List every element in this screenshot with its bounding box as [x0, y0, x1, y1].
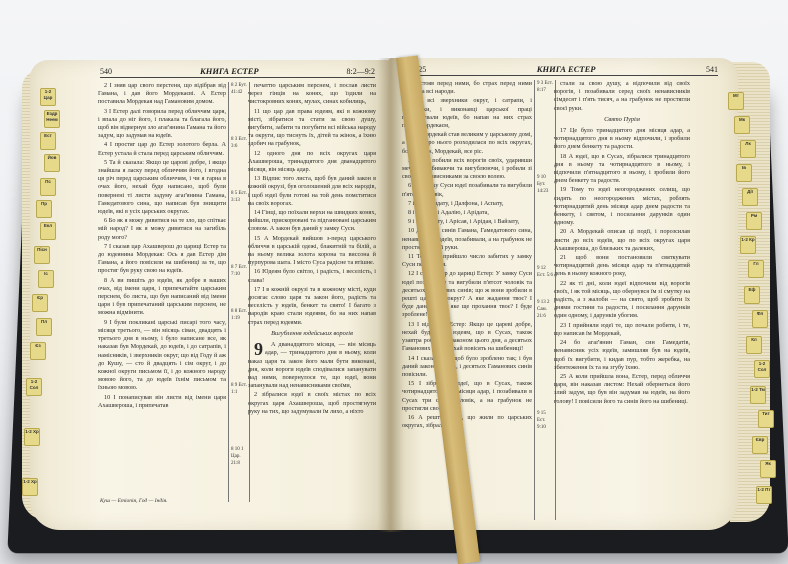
thumb-tab[interactable]: Фл — [752, 310, 768, 328]
thumb-tab[interactable]: Рм — [746, 212, 762, 230]
verse: А дванадцятого місяця, — він місяць адар… — [248, 341, 376, 389]
verse: 2 зібралися юдеї в своїх містах по всіх … — [248, 391, 376, 416]
thumb-tab[interactable]: 1-2 Хр — [24, 428, 40, 446]
thumb-tab[interactable]: Мк — [734, 116, 750, 134]
thumb-tab[interactable]: Дії — [742, 188, 758, 206]
cross-reference: 9 3 Ест. 8:17 — [537, 80, 553, 94]
thumb-tab[interactable]: Пр — [36, 200, 52, 218]
chapter-number: 9 — [248, 341, 263, 357]
verse: 12 одного дня по всіх округах царя Ахашв… — [248, 150, 376, 175]
thumb-tab[interactable]: Лк — [740, 140, 756, 158]
verse: 16 А решта юдеїв, що жили по царських ок… — [402, 414, 532, 430]
verse: 21 щоб вони постановили святкувати чотир… — [554, 254, 690, 279]
thumb-tab[interactable]: Єр — [32, 294, 48, 312]
thumb-tab[interactable]: Як — [760, 460, 776, 478]
book-gutter — [378, 58, 404, 532]
thumb-tab[interactable]: Євр — [752, 436, 768, 454]
verse: 23 І прийняли юдеї те, що почали робити,… — [554, 322, 690, 338]
verse: 4 І простяг цар до Естер золотого берла.… — [98, 141, 226, 157]
cross-reference: 8 3 Ест. 3:6 — [231, 136, 247, 150]
left-cross-references: 8 2 Бут. 41:42 8 3 Ест. 3:6 8 5 Ест. 3:1… — [228, 82, 250, 502]
verse: 18 А юдеї, що в Сусах, зібралися тринадц… — [554, 153, 690, 186]
verse: 14 Гінці, що поїхали верхи на швидких ко… — [248, 209, 376, 234]
right-column-2: стали за свою душу, а відпочили від свої… — [554, 80, 690, 520]
verse: 25 А коли прийшла вона, Естер, перед обл… — [554, 373, 690, 406]
verse: 2 І зняв цар свого перстеня, що відібрав… — [98, 82, 226, 107]
thumb-tab[interactable]: 1-2 Цар — [40, 88, 56, 106]
thumb-tab[interactable]: 1-2 Тм — [750, 386, 766, 404]
right-page-header: 9:3—25 КНИГА ЕСТЕР 541 — [400, 64, 718, 76]
verse: 3 І Естер далі говорила перед обличчям ц… — [98, 108, 226, 141]
thumb-tab[interactable]: Йов — [44, 154, 60, 172]
thumb-tab[interactable]: 1-2 Сол — [754, 360, 770, 378]
thumb-tab[interactable]: Ест — [40, 132, 56, 150]
thumb-tab[interactable]: Гл — [748, 260, 764, 278]
thumb-tab[interactable]: Еф — [744, 286, 760, 304]
thumb-tab[interactable]: Тит — [758, 410, 774, 428]
thumb-tab[interactable]: Пл — [36, 318, 52, 336]
verse: 13 І відповіла Естер: Якщо це цареві доб… — [402, 321, 532, 354]
thumb-tab[interactable]: Єз — [30, 342, 46, 360]
right-cross-references: 9 3 Ест. 8:17 9 10 Бут. 14:23 9 12 Ест. … — [534, 80, 556, 520]
cross-reference: 8 9 Ест. 1:1 — [231, 382, 247, 396]
cross-reference: 8 5 Ест. 3:13 — [231, 190, 247, 204]
verse: 6 Бо як я можу дивитися на те зло, що сп… — [98, 217, 226, 242]
verse: 19 Тому то юдеї неогороджених селищ, що … — [554, 186, 690, 227]
page-number: 540 — [100, 67, 112, 76]
cross-reference: 8 2 Бут. 41:42 — [231, 82, 247, 96]
thumb-tab[interactable]: Екл — [40, 222, 56, 240]
verse: стали за свою душу, а відпочили від свої… — [554, 80, 690, 113]
verse: 16 Юдеям було світло, і радість, і весел… — [248, 268, 376, 284]
page-number: 541 — [706, 65, 718, 74]
verse: 22 як ті дні, коли юдеї відпочили від во… — [554, 280, 690, 321]
cross-reference: 8 7 Ест. 7:10 — [231, 264, 247, 278]
chapter-range: 8:2—9:2 — [347, 67, 375, 76]
thumb-tab[interactable]: Мт — [728, 92, 744, 110]
verse: 15 А Мордекай вийшов з-перед царського о… — [248, 235, 376, 268]
cross-reference: 9 10 Бут. 14:23 — [537, 174, 553, 195]
left-page-header: 540 КНИГА ЕСТЕР 8:2—9:2 — [100, 66, 375, 78]
section-heading: Свято Пурім — [554, 116, 690, 124]
left-page: 540 КНИГА ЕСТЕР 8:2—9:2 2 І зняв цар сво… — [30, 60, 390, 530]
verse: 17 Це було тринадцятого дня місяця адар,… — [554, 127, 690, 152]
verse: 13 Відпис того листа, щоб був даний зако… — [248, 175, 376, 208]
thumb-tab[interactable]: Іс — [38, 270, 54, 288]
cross-reference: 9 15 Ест. 9:10 — [537, 410, 553, 431]
verse: 14 І сказав цар, щоб було зроблено так; … — [402, 355, 532, 380]
left-column-1: 2 І зняв цар свого перстеня, що відібрав… — [98, 82, 226, 502]
footnote: Куш — Етіопія, Год — Індія. — [100, 498, 168, 504]
verse: 7 І сказав цар Ахашверош до цариці Естер… — [98, 243, 226, 276]
thumb-tab[interactable]: Пісн — [34, 246, 50, 264]
cross-reference: 9 13 2 Сам. 21:6 — [537, 299, 553, 320]
thumb-tab[interactable]: Ів — [736, 164, 752, 182]
verse: 17 І в кожній окрузі та в кожному місті,… — [248, 286, 376, 327]
left-column-2: печаттю царським перснем, і послав листи… — [248, 82, 376, 502]
verse: 10 І понаписував він листи від імени цар… — [98, 394, 226, 410]
cross-reference: 9 12 Ест. 5:6 — [537, 265, 553, 279]
thumb-tab[interactable]: Кл — [746, 336, 762, 354]
verse: 15 І зібралися юдеї, що в Сусах, також ч… — [402, 380, 532, 413]
verse: 20 А Мордекай описав ці події, і порозси… — [554, 228, 690, 253]
verse: 5 Та й сказала: Якщо це царові добре, і … — [98, 159, 226, 216]
thumb-tab[interactable]: 1-2 Хр — [22, 478, 38, 496]
thumb-tab[interactable]: 1-2 Сол — [26, 378, 42, 396]
verse: 11 що цар дав права юдеям, які в кожному… — [248, 108, 376, 149]
thumb-tab[interactable]: Ездр Неем — [44, 110, 60, 128]
cross-reference: 8 8 Ест. 1:19 — [231, 308, 247, 322]
running-title: КНИГА ЕСТЕР — [537, 64, 596, 74]
section-heading: Вигублення юдейських ворогів — [248, 330, 376, 338]
verse: печаттю царським перснем, і послав листи… — [248, 82, 376, 107]
verse: 12 І сказав цар до цариці Естер: У замку… — [402, 270, 532, 319]
verse: 8 А ви пишіть до юдеїв, як добре в ваших… — [98, 277, 226, 318]
thumb-tab[interactable]: 1-2 Пт — [756, 486, 772, 504]
thumb-tab[interactable]: 1-2 Кр — [740, 236, 756, 254]
cross-reference: 8 10 1 Цар. 21:8 — [231, 446, 247, 467]
running-title: КНИГА ЕСТЕР — [200, 66, 259, 76]
verse: 24 бо агаґ'янин Гаман, син Гамедатів, не… — [554, 339, 690, 372]
thumb-tab[interactable]: Пс — [40, 178, 56, 196]
verse: 9 І були покликані царські писарі того ч… — [98, 319, 226, 393]
